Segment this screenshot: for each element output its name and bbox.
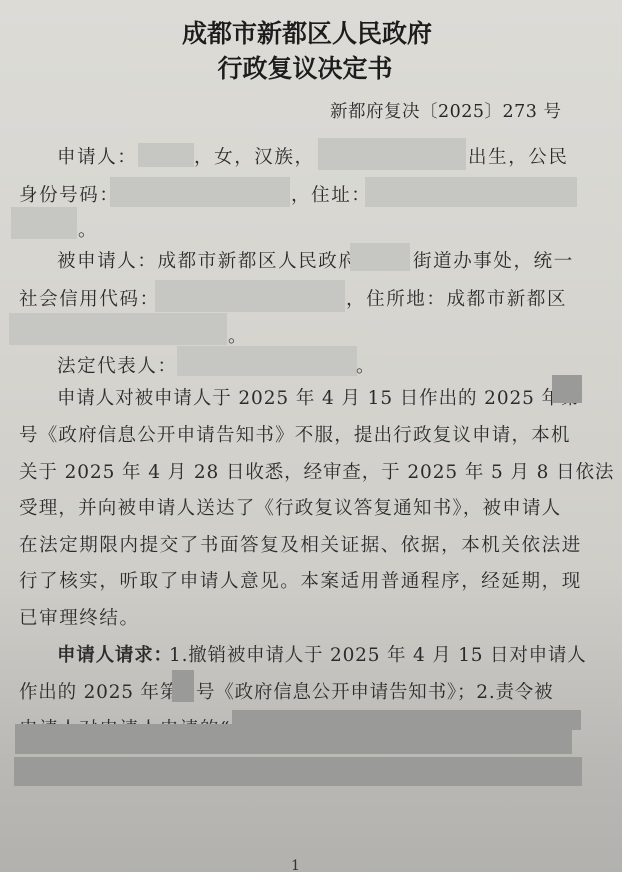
body-line-5: 在法定期限内提交了书面答复及相关证据、依据，本机关依法进 xyxy=(19,531,582,557)
id-number-label: 身份号码： xyxy=(19,181,120,207)
request-line-2a: 作出的 2025 年第 xyxy=(19,678,179,704)
body-line-1: 申请人对被申请人于 2025 年 4 月 15 日作出的 2025 年第 xyxy=(57,384,580,410)
redacted-birth-date xyxy=(318,138,466,170)
body-line-4: 受理，并向被申请人送达了《行政复议答复通知书》，被申请人 xyxy=(19,494,561,520)
document-type-title: 行政复议决定书 xyxy=(0,49,616,85)
redacted-subdistrict xyxy=(350,243,410,271)
redacted-request-content-2 xyxy=(15,724,572,754)
body-line-7: 已审理终结。 xyxy=(19,604,140,630)
redacted-legal-rep xyxy=(177,346,357,376)
body-line-3: 关于 2025 年 4 月 28 日收悉，经审查，于 2025 年 5 月 8 … xyxy=(19,458,614,484)
request-label: 申请人请求： xyxy=(57,641,173,667)
redacted-address xyxy=(365,177,577,207)
respondent-label: 被申请人：成都市新都区人民政府 xyxy=(57,247,359,273)
redacted-applicant-name xyxy=(138,143,194,167)
residence-label: ，住所地：成都市新都区 xyxy=(346,285,567,311)
applicant-label: 申请人： xyxy=(57,143,137,169)
document-page: 成都市新都区人民政府 行政复议决定书 新都府复决〔2025〕273 号 申请人：… xyxy=(0,0,622,872)
applicant-gender-ethnicity: ，女，汉族， xyxy=(194,143,315,169)
credit-code-label: 社会信用代码： xyxy=(19,285,160,311)
page-number: 1 xyxy=(291,858,300,872)
applicant-birth-text: 出生，公民 xyxy=(468,143,569,169)
redacted-request-content-3 xyxy=(14,757,582,786)
redacted-request-number xyxy=(172,670,194,702)
applicant-end-mark: 。 xyxy=(78,216,98,242)
redacted-address-cont xyxy=(11,207,77,239)
legal-rep-label: 法定代表人： xyxy=(57,352,178,378)
redacted-notice-number xyxy=(552,375,582,403)
redacted-residence xyxy=(9,313,227,345)
body-line-2: 号《政府信息公开申请告知书》不服，提出行政复议申请，本机 xyxy=(19,421,571,447)
respondent-end-mark: 。 xyxy=(228,322,248,348)
request-line-2b: 号《政府信息公开申请告知书》；2.责令被 xyxy=(196,678,553,704)
issuing-authority-title: 成都市新都区人民政府 xyxy=(0,14,618,50)
body-line-6: 行了核实，听取了申请人意见。本案适用普通程序，经延期，现 xyxy=(19,567,582,593)
address-label: ，住址： xyxy=(291,181,371,207)
document-number: 新都府复决〔2025〕273 号 xyxy=(330,98,562,123)
redacted-credit-code xyxy=(155,280,345,312)
redacted-id-number xyxy=(110,177,290,207)
request-line-1: 1.撤销被申请人于 2025 年 4 月 15 日对申请人 xyxy=(169,641,587,667)
respondent-office-text: 街道办事处，统一 xyxy=(413,247,574,273)
legal-rep-end-mark: 。 xyxy=(356,352,376,378)
